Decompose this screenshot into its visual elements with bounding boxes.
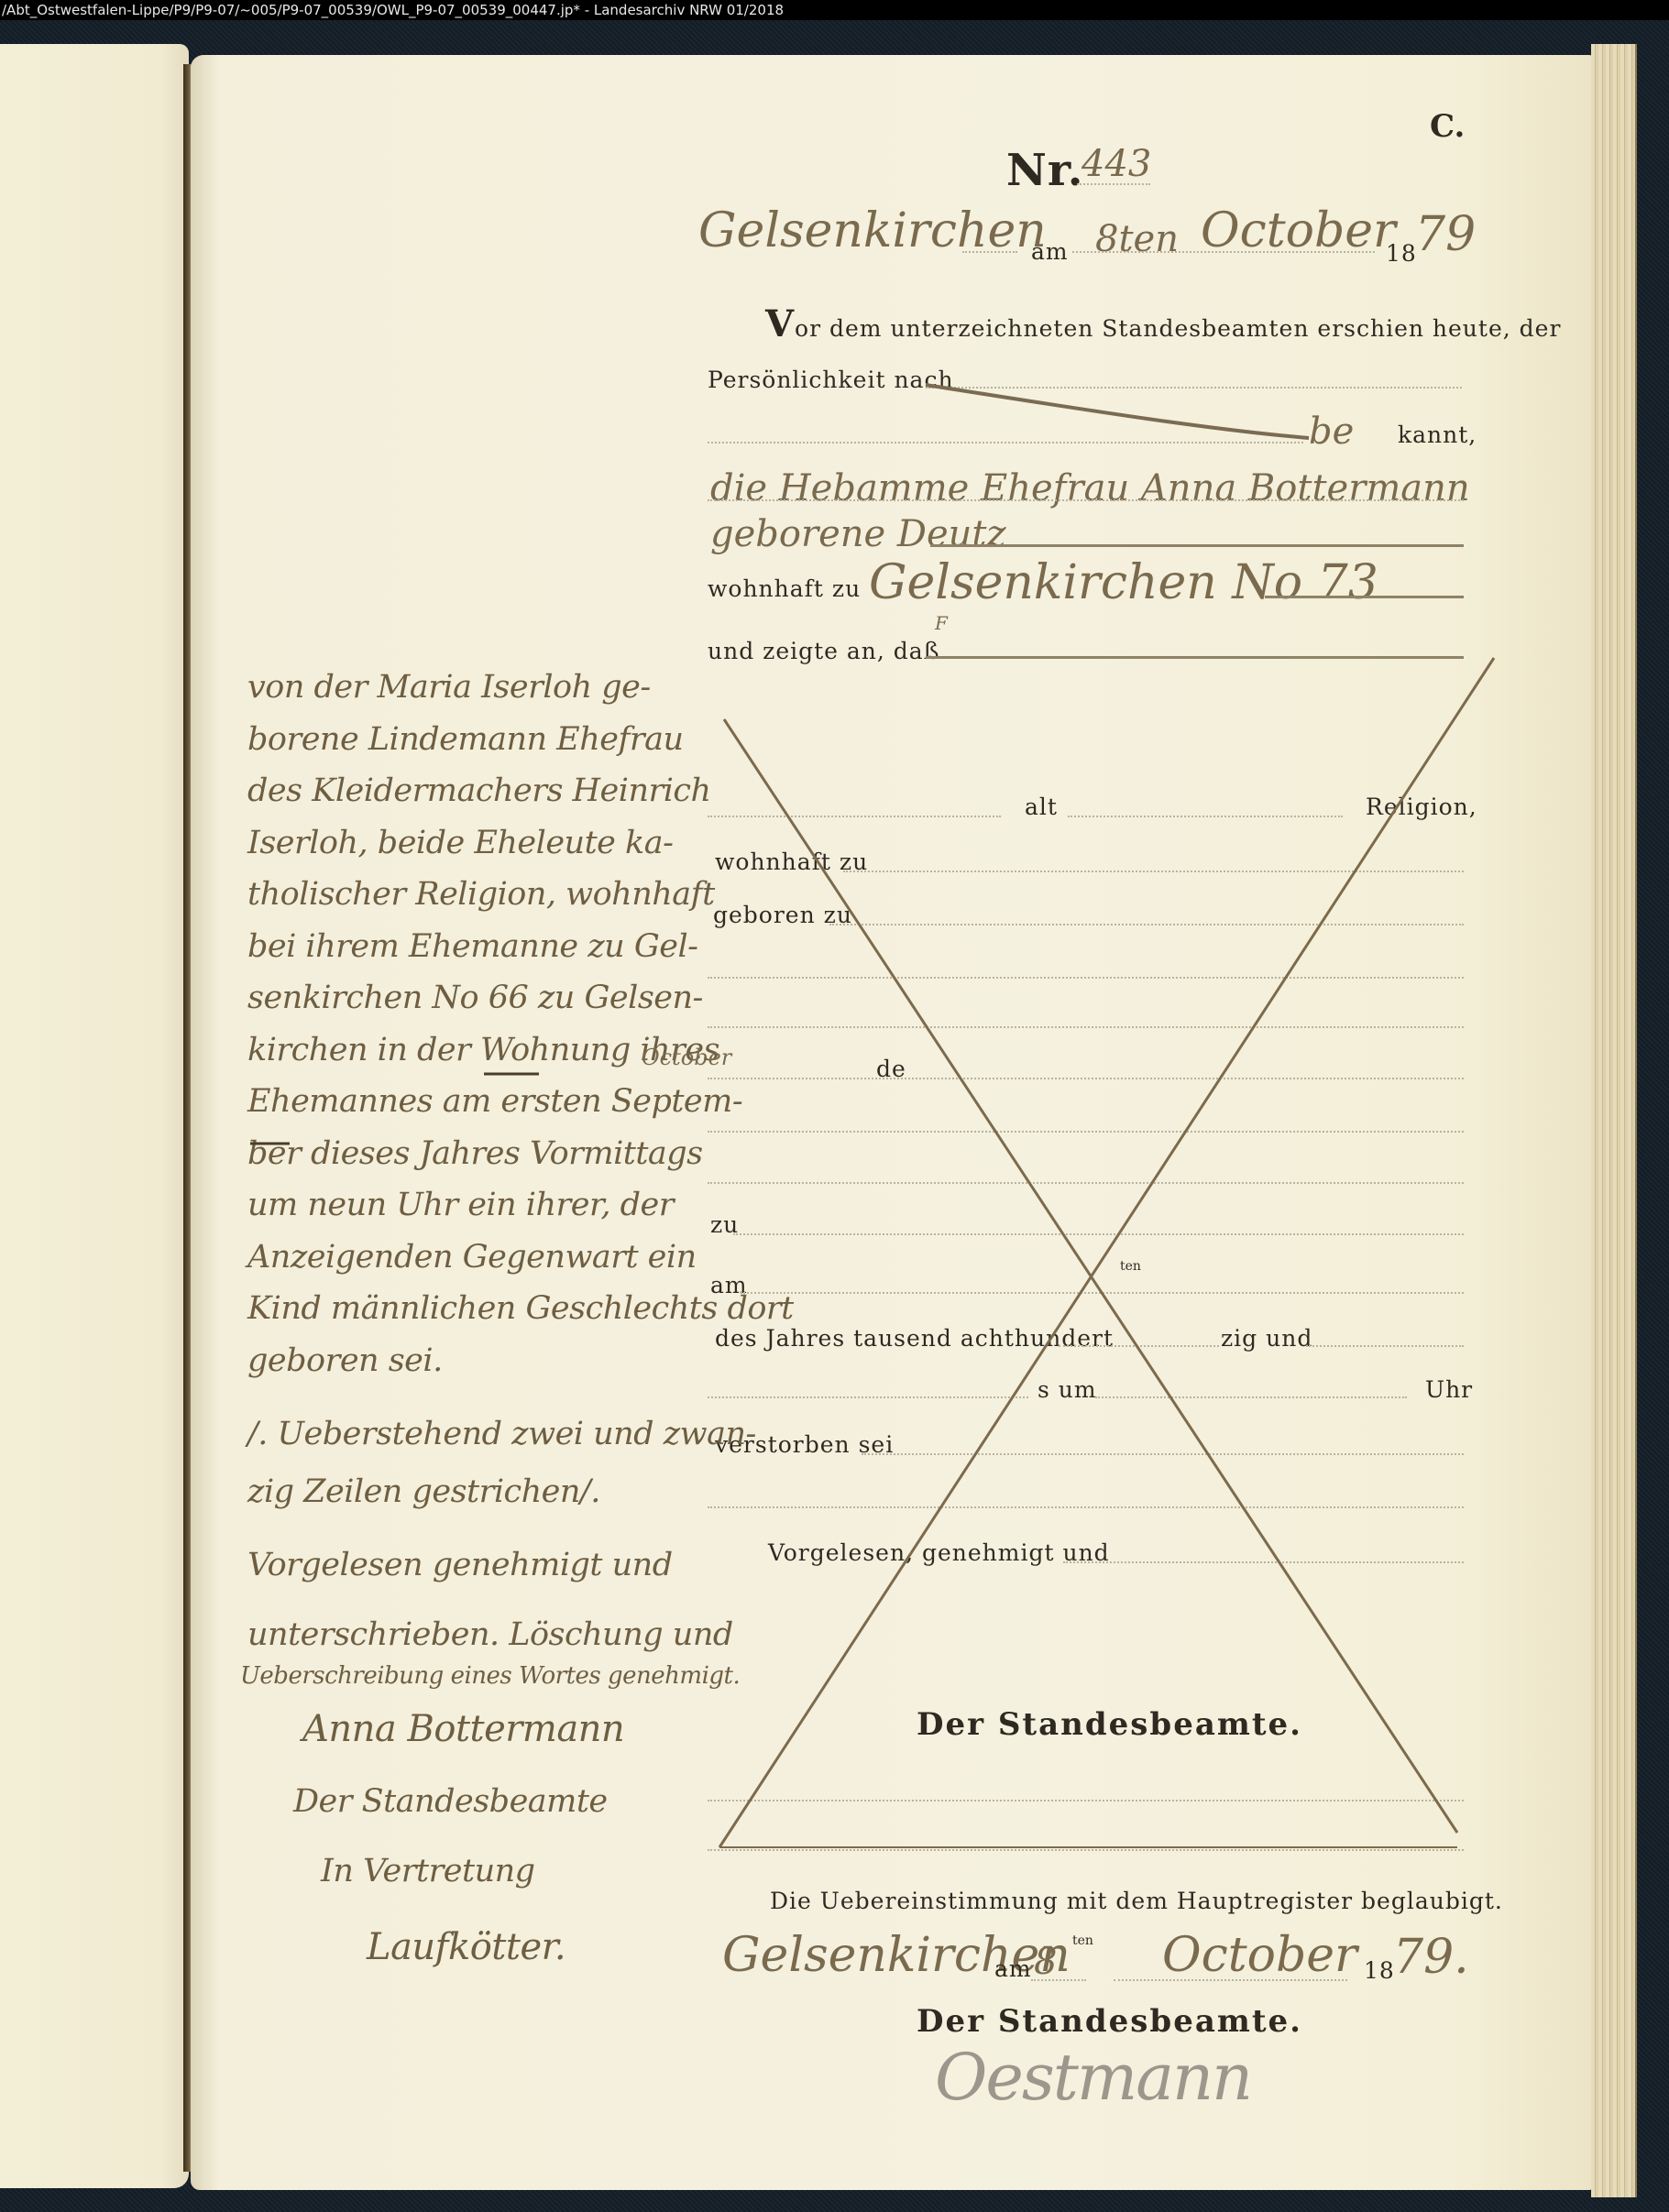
certification-month: October: [1162, 1928, 1357, 1983]
read-approved-label: Vorgelesen, genehmigt und: [768, 1539, 1110, 1566]
margin-line: borene Lindemann Ehefrau: [247, 721, 684, 758]
crossed-official-heading: Der Standesbeamte.: [917, 1706, 1302, 1743]
margin-line: um neun Uhr ein ihrer, der: [247, 1187, 674, 1223]
header-dotline-1: [962, 251, 1017, 253]
header-am-label: am: [1031, 238, 1069, 265]
form-dotline-official-2: [708, 1849, 1464, 1851]
resident-value: Gelsenkirchen No 73: [869, 555, 1378, 610]
window-title: /Abt_Ostwestfalen-Lippe/P9/P9-07/~005/P9…: [2, 2, 784, 18]
resident-label: wohnhaft zu: [708, 575, 861, 602]
certification-dotline-month: [1114, 1979, 1347, 1981]
known-dotline: [708, 442, 1303, 443]
official-signature: Oestmann: [935, 2040, 1251, 2115]
certification-year-prefix: 18: [1364, 1957, 1395, 1984]
informant-dotline-1: [708, 499, 1464, 501]
zig-label: zig und: [1221, 1325, 1312, 1352]
margin-line: Ueberschreibung eines Wortes genehmigt.: [240, 1662, 740, 1690]
reported-strike-line: [926, 656, 1464, 659]
known-handwritten: be: [1309, 411, 1354, 453]
margin-line: ber dieses Jahres Vormittags: [247, 1135, 703, 1172]
margin-line: unterschrieben. Löschung und: [247, 1616, 733, 1653]
margin-line: In Vertretung: [321, 1853, 535, 1889]
form-dotline-resident: [843, 871, 1464, 872]
form-dotline-zu: [733, 1233, 1464, 1235]
window-title-bar: /Abt_Ostwestfalen-Lippe/P9/P9-07/~005/P9…: [0, 0, 1669, 20]
margin-line: bei ihrem Ehemanne zu Gel-: [247, 928, 698, 965]
header-year-suffix: 79: [1415, 207, 1476, 262]
uhr-label: Uhr: [1425, 1376, 1473, 1403]
form-dotline-blank-3: [708, 1131, 1464, 1133]
form-dotline-zig: [1306, 1345, 1464, 1347]
header-month: October: [1201, 203, 1396, 258]
header-year-prefix: 18: [1386, 240, 1417, 267]
form-dotline-deceased: [862, 1453, 1464, 1455]
certification-text: Die Uebereinstimmung mit dem Hauptregist…: [770, 1888, 1503, 1914]
form-dotline-blank-2: [708, 1026, 1464, 1028]
form-dotline-official-1: [708, 1800, 1464, 1801]
age-label: alt: [1025, 794, 1058, 820]
reported-label: und zeigte an, daß: [708, 638, 939, 664]
known-label: kannt,: [1398, 422, 1477, 448]
form-dotline-read: [1063, 1561, 1464, 1563]
header-dotline-2: [1072, 251, 1375, 253]
left-page: [0, 44, 189, 2188]
margin-line: Kind männlichen Geschlechts dort: [247, 1290, 794, 1327]
certification-ten-superscript: ten: [1072, 1933, 1093, 1948]
form-dotline-um: [1095, 1396, 1407, 1398]
certification-dotline-day: [1031, 1979, 1086, 1981]
margin-line: /. Ueberstehend zwei und zwan-: [247, 1416, 756, 1452]
number-line: [1077, 183, 1150, 185]
margin-signature-deputy: Laufkötter.: [367, 1926, 565, 1968]
margin-signature-informant: Anna Bottermann: [302, 1708, 624, 1750]
year-text: des Jahres tausend achthundert: [715, 1325, 1114, 1352]
form-dotline-alt-right: [1068, 816, 1343, 817]
margin-line: Iserloh, beide Eheleute ka-: [247, 825, 673, 861]
informant-line-2: geborene Deutz: [710, 513, 1006, 555]
personality-label: Persönlichkeit nach: [708, 367, 954, 393]
resident-strike-line: [1265, 596, 1464, 598]
s-um-label: s um: [1038, 1376, 1097, 1403]
informant-line-1: die Hebamme Ehefrau Anna Bottermann: [710, 467, 1470, 509]
margin-line: zig Zeilen gestrichen/.: [247, 1473, 600, 1510]
margin-line: geboren sei.: [247, 1342, 443, 1379]
header-place: Gelsenkirchen: [698, 203, 1047, 258]
margin-line: des Kleidermachers Heinrich: [247, 772, 711, 809]
certification-year-suffix: 79.: [1393, 1930, 1469, 1985]
margin-line: Anzeigenden Gegenwart ein: [247, 1239, 697, 1276]
record-number-value: 443: [1082, 143, 1151, 185]
header-day: 8ten: [1095, 218, 1179, 260]
form-dotline-blank-1: [708, 977, 1464, 979]
religion-label: Religion,: [1366, 794, 1477, 820]
margin-line: Der Standesbeamte: [293, 1783, 608, 1820]
margin-line: tholischer Religion, wohnhaft: [247, 876, 715, 913]
section-letter: C.: [1430, 108, 1465, 145]
margin-line: Vorgelesen genehmigt und: [247, 1547, 673, 1583]
form-dotline-alt-left: [708, 816, 1001, 817]
certification-am-label: am: [994, 1955, 1032, 1982]
certification-official-heading: Der Standesbeamte.: [917, 2003, 1302, 2040]
am-ten-superscript: ten: [1120, 1259, 1141, 1274]
form-dotline-am: [741, 1292, 1464, 1294]
form-dotline-year: [1059, 1345, 1219, 1347]
intro-text: or dem unterzeichneten Standesbeamten er…: [795, 315, 1561, 342]
form-dotline-blank-4: [708, 1182, 1464, 1184]
mark-f: F: [935, 612, 948, 634]
intro-paragraph: Vor dem unterzeichneten Standesbeamten e…: [765, 302, 1561, 345]
page-stack-edges: [1591, 44, 1637, 2197]
personality-dotline: [926, 387, 1462, 389]
margin-line: Ehemannes am ersten Septem-: [247, 1083, 742, 1120]
form-dotline-s-left: [708, 1396, 1028, 1398]
intro-initial: V: [765, 302, 795, 345]
form-dotline-blank-5: [708, 1506, 1464, 1508]
record-number-label: Nr.: [1006, 145, 1083, 196]
margin-line: senkirchen No 66 zu Gelsen-: [247, 980, 703, 1016]
informant-strike-line: [930, 544, 1464, 547]
form-dotline-born: [829, 924, 1464, 925]
certification-day: 8: [1034, 1941, 1057, 1983]
form-dotline-de: [708, 1078, 1464, 1079]
margin-inserted-word: October: [642, 1045, 731, 1070]
margin-line: von der Maria Iserloh ge-: [247, 669, 651, 706]
